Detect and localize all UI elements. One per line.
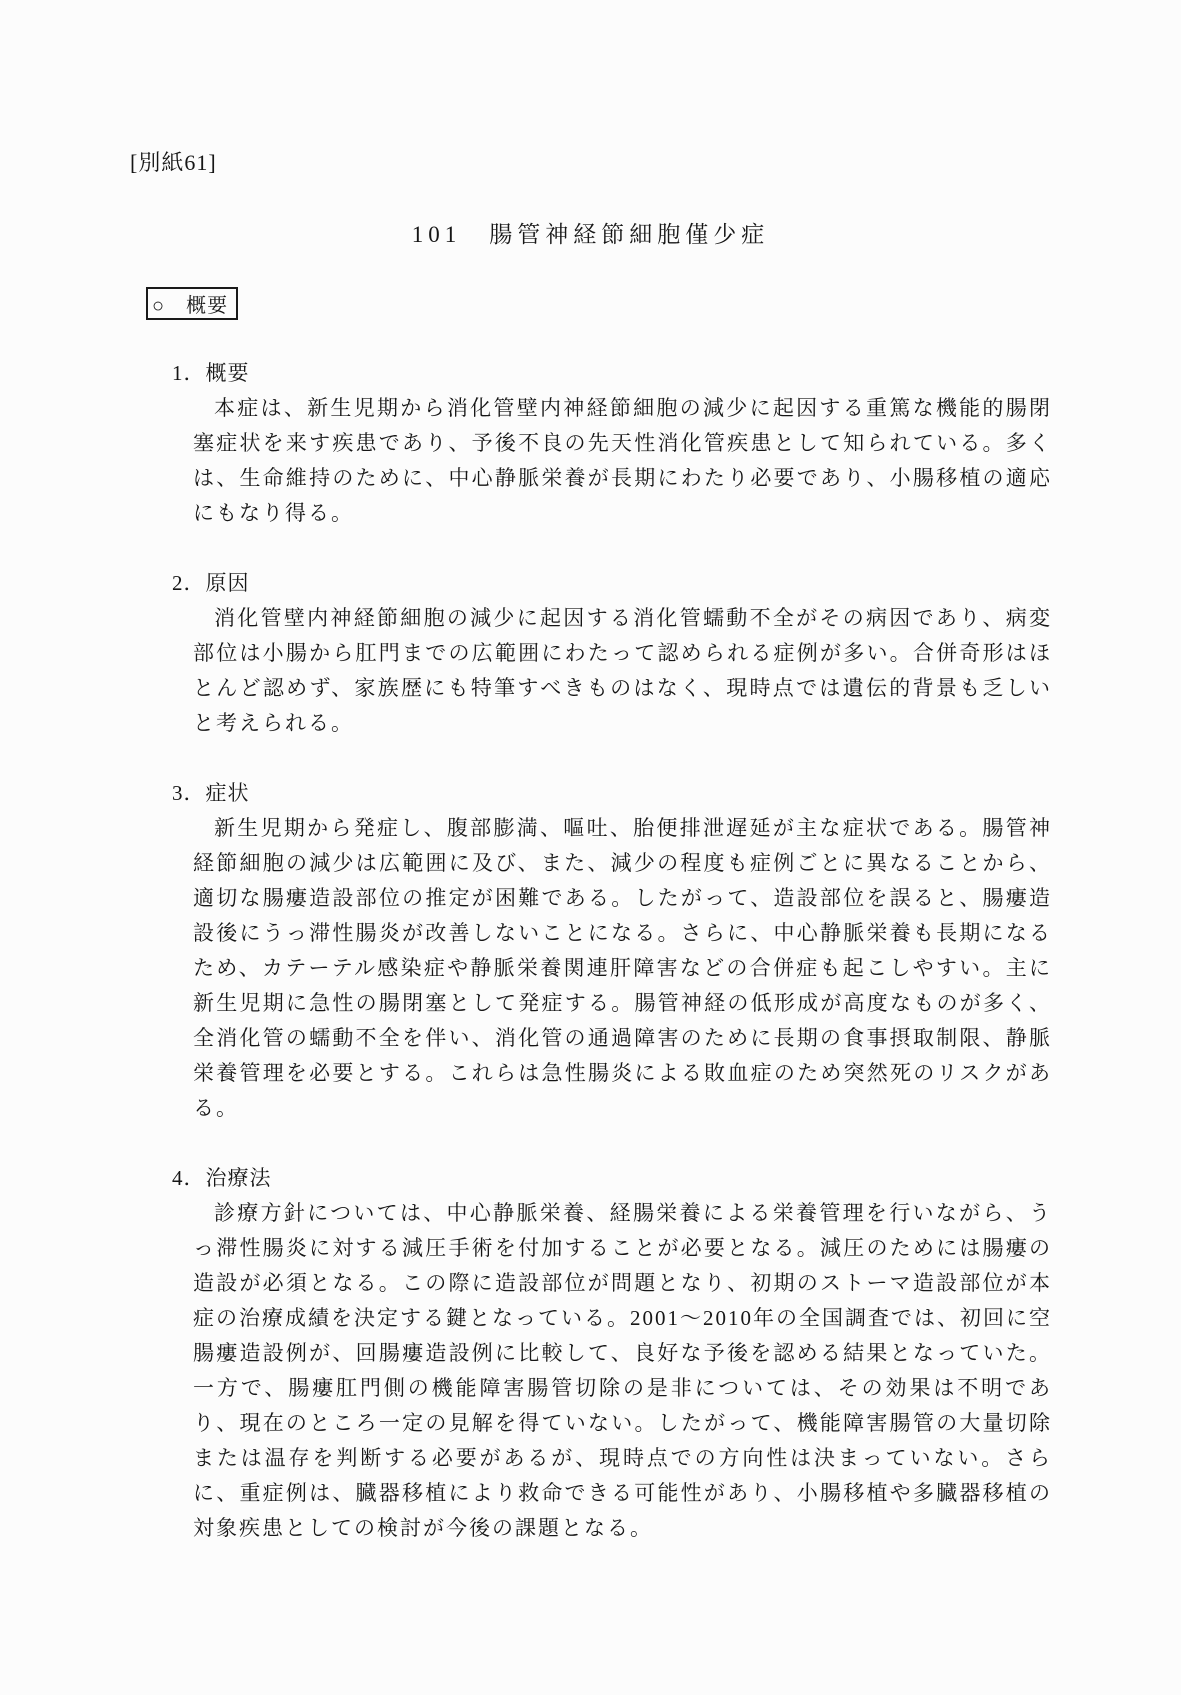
- section-overview: 1．概要 本症は、新生児期から消化管壁内神経節細胞の減少に起因する重篤な機能的腸…: [172, 356, 1052, 531]
- section-paragraph: 診療方針については、中心静脈栄養、経腸栄養による栄養管理を行いながら、うっ滞性腸…: [172, 1196, 1052, 1546]
- page-title: 101 腸管神経節細胞僅少症: [0, 216, 1181, 249]
- section-paragraph: 消化管壁内神経節細胞の減少に起因する消化管蠕動不全がその病因であり、病変部位は小…: [172, 601, 1052, 741]
- section-heading: 3．症状: [172, 776, 1052, 811]
- document-body: 1．概要 本症は、新生児期から消化管壁内神経節細胞の減少に起因する重篤な機能的腸…: [172, 356, 1052, 1546]
- attachment-label: [別紙61]: [130, 146, 217, 177]
- section-heading: 4．治療法: [172, 1161, 1052, 1196]
- overview-header-label: ○ 概要: [152, 289, 228, 318]
- section-symptoms: 3．症状 新生児期から発症し、腹部膨満、嘔吐、胎便排泄遅延が主な症状である。腸管…: [172, 776, 1052, 1126]
- section-paragraph: 本症は、新生児期から消化管壁内神経節細胞の減少に起因する重篤な機能的腸閉塞症状を…: [172, 391, 1052, 531]
- section-cause: 2．原因 消化管壁内神経節細胞の減少に起因する消化管蠕動不全がその病因であり、病…: [172, 566, 1052, 741]
- document-page: [別紙61] 101 腸管神経節細胞僅少症 ○ 概要 1．概要 本症は、新生児期…: [0, 0, 1181, 1695]
- section-paragraph: 新生児期から発症し、腹部膨満、嘔吐、胎便排泄遅延が主な症状である。腸管神経節細胞…: [172, 811, 1052, 1126]
- section-heading: 1．概要: [172, 356, 1052, 391]
- section-heading: 2．原因: [172, 566, 1052, 601]
- overview-header-box: ○ 概要: [146, 287, 238, 320]
- section-treatment: 4．治療法 診療方針については、中心静脈栄養、経腸栄養による栄養管理を行いながら…: [172, 1161, 1052, 1546]
